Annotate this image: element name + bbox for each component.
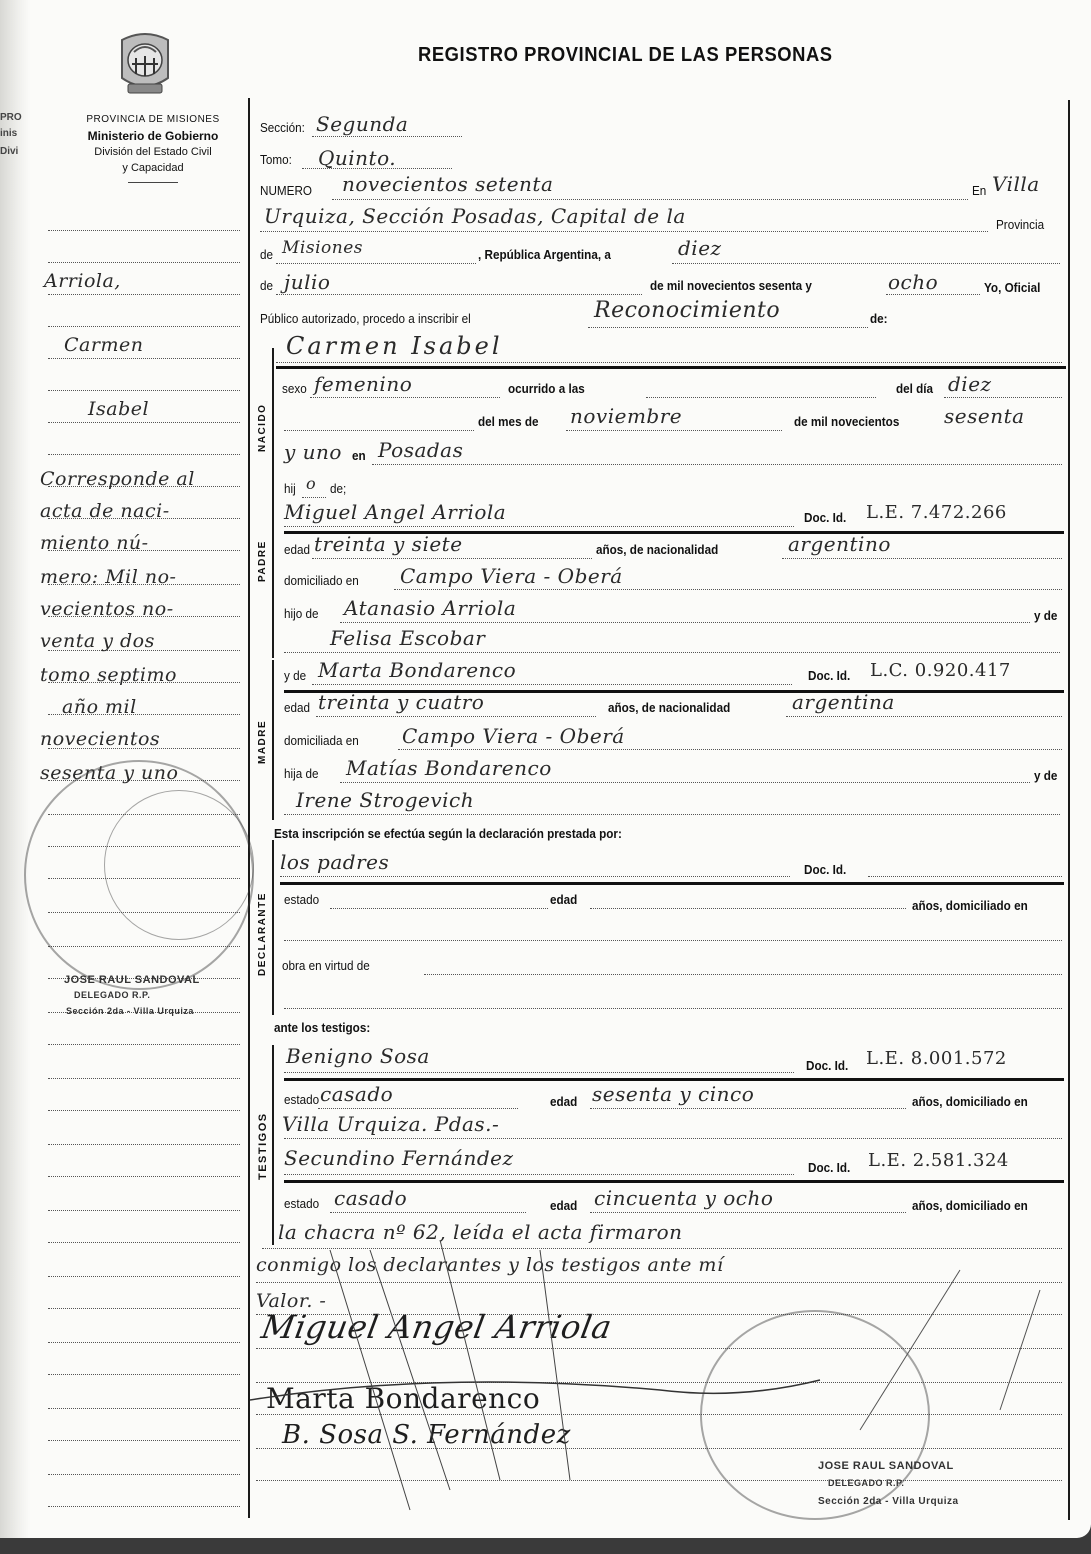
margin-line: [48, 422, 240, 423]
testigo-2-estado-value: casado: [334, 1186, 407, 1210]
doc-label: Doc. Id.: [804, 862, 846, 877]
margin-note-line: venta y dos: [40, 630, 155, 652]
margin-line: [48, 1276, 240, 1277]
field-line: [276, 294, 642, 295]
padre-nacionalidad-value: argentino: [788, 532, 891, 556]
margin-line: [48, 454, 240, 455]
margin-note-line: miento nú-: [40, 532, 149, 554]
testigo-2-doc-value: L.E. 2.581.324: [868, 1150, 1009, 1171]
domiciliado-label: años, domiciliado en: [912, 1198, 1028, 1213]
margin-line: [48, 1176, 240, 1177]
obra-label: obra en virtud de: [282, 958, 370, 973]
madre-domicilio-value: Campo Viera - Oberá: [402, 724, 625, 748]
sexo-label: sexo: [282, 381, 307, 396]
seccion-label: Sección:: [260, 120, 305, 135]
margin-line: [48, 230, 240, 231]
nacido-section-label: NACIDO: [257, 404, 268, 452]
field-line: [284, 652, 1060, 653]
field-line: [310, 397, 500, 398]
testigo-1-domicilio-value: Villa Urquiza. Pdas.-: [282, 1112, 499, 1136]
padre-section-label: PADRE: [257, 540, 268, 582]
abuela-materna-value: Irene Strogevich: [296, 788, 474, 812]
abuelo-paterno-value: Atanasio Arriola: [344, 596, 516, 620]
testigos-intro: ante los testigos:: [274, 1020, 370, 1035]
seccion-value: Segunda: [316, 112, 408, 136]
field-line: [372, 464, 1062, 465]
y-de-label: y de: [1034, 608, 1057, 623]
margin-line: [48, 1440, 240, 1441]
margin-note-line: acta de naci-: [40, 500, 170, 522]
section-rule: [276, 366, 1066, 369]
declarante-intro: Esta inscripción se efectúa según la dec…: [274, 826, 622, 841]
margin-note-line: novecientos: [40, 728, 160, 750]
margin-line: [48, 1474, 240, 1475]
field-line: [284, 814, 1060, 815]
hija-de-label: hija de: [284, 766, 318, 781]
margin-line: [48, 1144, 240, 1145]
margin-line: [48, 326, 240, 327]
y-de-label: y de: [284, 668, 306, 683]
sexo-value: femenino: [314, 372, 412, 396]
margin-line: [48, 1506, 240, 1507]
domiciliado-label: años, domiciliado en: [912, 1094, 1028, 1109]
field-line: [332, 199, 968, 200]
field-line: [590, 1108, 906, 1109]
provincia-label: Provincia: [996, 217, 1044, 232]
official-seal-inner: [104, 790, 254, 940]
division-name: División del Estado Civil: [58, 144, 248, 160]
numero-label: NUMERO: [260, 183, 312, 198]
signature-strokes: [240, 1230, 1090, 1530]
field-line: [280, 876, 790, 877]
y-de-label: y de: [1034, 768, 1057, 783]
padre-domicilio-value: Campo Viera - Oberá: [400, 564, 623, 588]
provincial-emblem-icon: [116, 30, 174, 100]
margin-line: [48, 1342, 240, 1343]
field-line: [302, 497, 326, 498]
estado-label: estado: [284, 1196, 319, 1211]
stamp-role: DELEGADO R.P.: [74, 990, 150, 1000]
declarante-nombre-value: los padres: [280, 850, 389, 874]
doc-label: Doc. Id.: [808, 1160, 850, 1175]
margin-line: [48, 1078, 240, 1079]
madre-nombre-value: Marta Bondarenco: [318, 658, 516, 682]
nacido-bracket: [272, 348, 274, 498]
nacimiento-dia-value: diez: [948, 372, 992, 396]
stamp-name: JOSE RAUL SANDOVAL: [64, 974, 200, 986]
de-label: de: [260, 278, 273, 293]
field-line: [312, 558, 592, 559]
abuelo-materno-value: Matías Bondarenco: [346, 756, 552, 780]
field-line: [340, 782, 1030, 783]
declarante-estado-field: [330, 908, 548, 909]
hijo-suffix-value: o: [306, 474, 316, 493]
section-rule: [284, 1180, 1064, 1183]
inscripto-nombre-value: Carmen Isabel: [286, 332, 503, 360]
edad-label: edad: [550, 1198, 577, 1213]
testigo-2-nombre-value: Secundino Fernández: [284, 1146, 514, 1170]
field-line: [886, 294, 980, 295]
field-line: [318, 1108, 518, 1109]
margin-note-first-name: Carmen: [64, 334, 143, 356]
nacimiento-mes-value: noviembre: [570, 404, 682, 428]
doc-label: Doc. Id.: [804, 510, 846, 525]
field-line: [276, 362, 1062, 363]
edad-label: edad: [284, 542, 310, 557]
domicilio-label: domiciliada en: [284, 733, 359, 748]
tomo-label: Tomo:: [260, 152, 292, 167]
binding-fragment: Divi: [0, 146, 18, 157]
de-label: de;: [330, 481, 346, 496]
margin-line: [48, 1110, 240, 1111]
field-line: [590, 1212, 906, 1213]
fecha-anio-value: ocho: [888, 270, 938, 294]
field-line: [330, 1212, 526, 1213]
field-line: [284, 1008, 1062, 1009]
testigos-section-label: TESTIGOS: [257, 1112, 269, 1180]
field-line: [944, 397, 1062, 398]
lugar-value-2: Urquiza, Sección Posadas, Capital de la: [264, 204, 686, 228]
testigos-bracket: [272, 1045, 274, 1245]
en-label: En: [972, 183, 986, 198]
testigo-1-edad-value: sesenta y cinco: [592, 1082, 754, 1106]
margin-line: [48, 1210, 240, 1211]
madre-edad-value: treinta y cuatro: [318, 690, 484, 714]
margin-line: [48, 294, 240, 295]
de-label: de: [260, 247, 273, 262]
provincia-value: Misiones: [282, 238, 363, 258]
estado-label: estado: [284, 1092, 319, 1107]
edad-label: edad: [284, 700, 310, 715]
nacionalidad-label: años, de nacionalidad: [608, 700, 730, 715]
field-line: [786, 716, 1062, 717]
edad-label: edad: [550, 892, 577, 907]
field-line: [340, 622, 1030, 623]
margin-note-line: tomo septimo: [40, 664, 177, 686]
doc-label: Doc. Id.: [806, 1058, 848, 1073]
tomo-value: Quinto.: [318, 146, 396, 170]
madre-section-label: MADRE: [257, 720, 268, 764]
ministry-name: Ministerio de Gobierno: [58, 128, 248, 144]
field-line: [260, 231, 988, 232]
nacimiento-anio-value-1: sesenta: [944, 404, 1025, 428]
padre-bracket: [272, 498, 274, 658]
field-line: [316, 716, 596, 717]
field-line: [312, 136, 462, 137]
mes-label: del mes de: [478, 414, 538, 429]
field-line: [284, 1174, 794, 1175]
domicilio-label: domiciliado en: [284, 573, 359, 588]
publico-label: Público autorizado, procedo a inscribir …: [260, 311, 471, 326]
de-colon-label: de:: [870, 311, 888, 326]
en-label: en: [352, 448, 366, 463]
margin-line: [48, 390, 240, 391]
field-line: [588, 327, 868, 328]
padre-doc-value: L.E. 7.472.266: [866, 502, 1007, 523]
margin-note-line: Corresponde al: [40, 468, 195, 490]
declarante-domicilio-field: [284, 940, 1062, 941]
padre-nombre-value: Miguel Angel Arriola: [284, 500, 506, 524]
binding-fragment: inis: [0, 128, 17, 139]
lugar-value-1: Villa: [992, 172, 1040, 196]
hijo-de-label: hijo de: [284, 606, 318, 621]
abuela-paterna-value: Felisa Escobar: [330, 626, 485, 650]
field-line: [394, 589, 1062, 590]
dia-label: del día: [896, 381, 933, 396]
declarante-doc-field: [868, 876, 1062, 877]
madre-bracket: [272, 660, 274, 820]
hora-field: [646, 397, 876, 398]
divider: [128, 182, 178, 183]
stamp-place: Sección 2da - Villa Urquiza: [66, 1006, 194, 1016]
binding-fragment: PRO: [0, 112, 22, 123]
margin-line: [48, 358, 240, 359]
numero-value: novecientos setenta: [342, 172, 553, 196]
hijo-label: hij: [284, 481, 296, 496]
margin-line: [48, 1044, 240, 1045]
margin-line: [48, 1308, 240, 1309]
province-name: PROVINCIA DE MISIONES: [58, 112, 248, 128]
madre-doc-value: L.C. 0.920.417: [870, 660, 1011, 681]
oficial-label: Yo, Oficial: [984, 280, 1040, 295]
padre-edad-value: treinta y siete: [314, 532, 463, 556]
margin-note-line: mero: Mil no-: [40, 566, 176, 588]
margin-line: [48, 1242, 240, 1243]
section-rule: [284, 1078, 1064, 1081]
edad-label: edad: [550, 1094, 577, 1109]
section-rule: [280, 882, 1064, 885]
field-line: [566, 430, 782, 431]
margin-note-line: vecientos no-: [40, 598, 174, 620]
margin-line: [48, 262, 240, 263]
domiciliado-label: años, domiciliado en: [912, 898, 1028, 913]
margin-note-line: año mil: [62, 696, 137, 718]
nacimiento-anio-value-2: y uno: [284, 440, 342, 464]
acta-tipo-value: Reconocimiento: [594, 298, 780, 323]
page-title: REGISTRO PROVINCIAL DE LAS PERSONAS: [418, 44, 833, 67]
nacimiento-lugar-value: Posadas: [378, 438, 463, 462]
testigo-1-nombre-value: Benigno Sosa: [286, 1044, 430, 1068]
testigo-1-estado-value: casado: [320, 1082, 393, 1106]
field-line: [276, 263, 476, 264]
division-subtitle: y Capacidad: [58, 160, 248, 176]
nacionalidad-label: años, de nacionalidad: [596, 542, 718, 557]
fecha-dia-value: diez: [678, 236, 722, 260]
republica-label: , República Argentina, a: [478, 247, 611, 262]
field-line: [782, 558, 1062, 559]
anio-label: de mil novecientos sesenta y: [650, 278, 812, 293]
margin-line: [48, 1408, 240, 1409]
margin-note-surname: Arriola,: [44, 270, 121, 292]
field-line: [312, 684, 792, 685]
margin-note-middle-name: Isabel: [88, 398, 149, 420]
margin-line: [48, 1374, 240, 1375]
field-line: [284, 430, 474, 431]
fecha-mes-value: julio: [284, 270, 330, 294]
testigo-2-edad-value: cincuenta y ocho: [594, 1186, 773, 1210]
issuing-office: PROVINCIA DE MISIONES Ministerio de Gobi…: [58, 112, 248, 183]
declarante-obra-field: [424, 974, 1062, 975]
declarante-bracket: [272, 840, 274, 1015]
field-line: [398, 749, 1062, 750]
testigo-1-doc-value: L.E. 8.001.572: [866, 1048, 1007, 1069]
field-line: [672, 263, 1060, 264]
ocurrido-label: ocurrido a las: [508, 381, 585, 396]
declarante-edad-field: [590, 908, 906, 909]
estado-label: estado: [284, 892, 319, 907]
field-line: [284, 526, 794, 527]
anio-label: de mil novecientos: [794, 414, 899, 429]
birth-record-page: PRO inis Divi PROVINCIA DE MISIONES Mini…: [0, 0, 1091, 1538]
declarante-section-label: DECLARANTE: [257, 892, 268, 976]
madre-nacionalidad-value: argentina: [792, 690, 895, 714]
field-line: [284, 1072, 794, 1073]
field-line: [284, 1138, 1062, 1139]
doc-label: Doc. Id.: [808, 668, 850, 683]
